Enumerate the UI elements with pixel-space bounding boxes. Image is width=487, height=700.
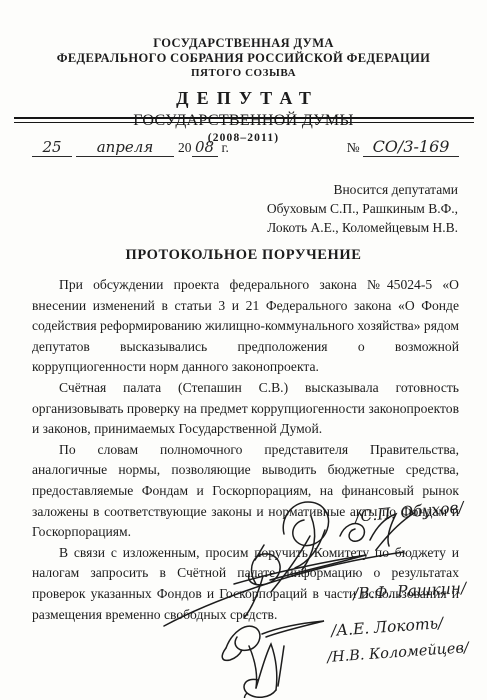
submitted-by-line2: Обуховым С.П., Рашкиным В.Ф., <box>267 199 458 218</box>
document-title: ПРОТОКОЛЬНОЕ ПОРУЧЕНИЕ <box>0 247 487 264</box>
date-row: 25 апреля 2008 г. № СО/3-169 <box>32 131 459 157</box>
letterhead: ГОСУДАРСТВЕННАЯ ДУМА ФЕДЕРАЛЬНОГО СОБРАН… <box>0 36 487 145</box>
signature-stroke-kolomeytsev <box>232 636 327 698</box>
letterhead-double-rule <box>14 117 474 123</box>
date-field: 25 апреля 2008 г. <box>32 138 229 157</box>
date-year-prefix: 20 <box>178 140 192 155</box>
signature-name-kolomeytsev: /Н.В. Коломейцев/ <box>327 640 470 666</box>
submitted-by-block: Вносится депутатами Обуховым С.П., Рашки… <box>267 180 458 237</box>
paragraph-1: При обсуждении проекта федерального зако… <box>32 275 459 378</box>
date-day-value: 25 <box>32 138 72 157</box>
date-month-value: апреля <box>76 138 174 157</box>
doc-number-label: № <box>347 140 360 155</box>
document-page: ГОСУДАРСТВЕННАЯ ДУМА ФЕДЕРАЛЬНОГО СОБРАН… <box>0 0 487 700</box>
letterhead-org-line1: ГОСУДАРСТВЕННАЯ ДУМА <box>0 36 487 51</box>
letterhead-org-line2: ФЕДЕРАЛЬНОГО СОБРАНИЯ РОССИЙСКОЙ ФЕДЕРАЦ… <box>0 51 487 66</box>
doc-number-field: № СО/3-169 <box>347 137 459 157</box>
paragraph-2: Счётная палата (Степашин С.В.) высказыва… <box>32 378 459 440</box>
letterhead-role: ДЕПУТАТ <box>0 88 487 109</box>
submitted-by-line3: Локоть А.Е., Коломейцевым Н.В. <box>267 218 458 237</box>
date-year-unit: г. <box>222 140 229 155</box>
submitted-by-line1: Вносится депутатами <box>267 180 458 199</box>
date-year-value: 08 <box>192 138 218 157</box>
letterhead-org-line3: ПЯТОГО СОЗЫВА <box>0 67 487 80</box>
doc-number-value: СО/3-169 <box>363 137 459 157</box>
